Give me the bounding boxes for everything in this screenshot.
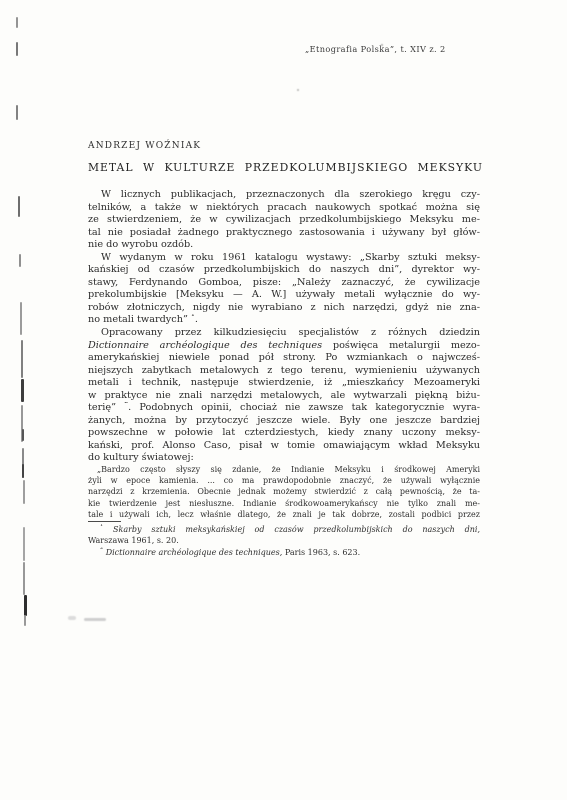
block-quote: „Bardzo często słyszy się zdanie, że Ind… — [88, 464, 480, 520]
text-line: kańskiej od czasów przedkolumbijskich do… — [88, 264, 480, 277]
text-line: powszechne w połowie lat czterdziestych,… — [88, 427, 480, 440]
text-line: terię” 2. Podobnych opinii, chociaż nie … — [88, 402, 480, 415]
article-title: METAL W KULTURZE PRZEDKOLUMBIJSKIEGO MEK… — [88, 161, 480, 174]
scan-mark — [24, 595, 27, 616]
scan-mark — [16, 17, 18, 28]
scan-mark — [20, 302, 22, 335]
text-line: żyli w epoce kamienia. ... co ma prawdop… — [88, 475, 480, 486]
scan-mark — [24, 615, 26, 626]
author-name: ANDRZEJ WOŹNIAK — [88, 141, 201, 151]
scan-mark — [23, 562, 25, 595]
scan-speckle — [297, 89, 299, 91]
text-line: telników, a także w niektórych pracach n… — [88, 202, 480, 215]
scan-mark — [18, 196, 20, 217]
scan-mark — [22, 429, 24, 441]
footnotes: 1 Skarby sztuki meksykańskiej od czasów … — [88, 524, 480, 558]
document-page: „Etnografia Polska”, t. XIV z. 2 ANDRZEJ… — [0, 0, 567, 800]
text-line: robów złotniczych, nigdy nie wyrabiano z… — [88, 302, 480, 315]
text-line: niejszych zabytkach metalowych z tego te… — [88, 365, 480, 378]
text-line: tal nie posiadał żadnego praktycznego za… — [88, 227, 480, 240]
text-line: W licznych publikacjach, przeznaczonych … — [88, 189, 480, 202]
text-line: żanych, można by przytoczyć jeszcze wiel… — [88, 415, 480, 428]
scan-mark — [22, 464, 24, 478]
scan-mark — [19, 254, 21, 267]
scan-mark — [23, 527, 25, 561]
text-line: tale i używali ich, lecz właśnie dlatego… — [88, 509, 480, 520]
scan-mark — [16, 105, 18, 120]
text-line: Opracowany przez kilkudziesięciu specjal… — [88, 327, 480, 340]
text-line: nie do wyrobu ozdób. — [88, 239, 480, 252]
text-line: w praktyce nie znali narzędzi metalowych… — [88, 390, 480, 403]
text-line: Warszawa 1961, s. 20. — [88, 535, 480, 546]
text-line: 1 Skarby sztuki meksykańskiej od czasów … — [88, 524, 480, 535]
text-line: kański, prof. Alonso Caso, pisał w tomie… — [88, 440, 480, 453]
text-line: narzędzi z krzemienia. Obecnie jednak mo… — [88, 486, 480, 497]
text-line: ze stwierdzeniem, że w cywilizacjach prz… — [88, 214, 480, 227]
article-body: W licznych publikacjach, przeznaczonych … — [88, 189, 480, 465]
scan-smudge — [84, 618, 106, 621]
text-line: 2 Dictionnaire archéologique des techniq… — [88, 547, 480, 558]
text-line: stawy, Ferdynando Gomboa, pisze: „Należy… — [88, 277, 480, 290]
scan-mark — [16, 42, 18, 56]
footnote-separator — [88, 521, 121, 522]
scan-smudge — [68, 616, 76, 620]
scan-mark — [21, 379, 24, 402]
journal-header: „Etnografia Polska”, t. XIV z. 2 — [305, 44, 446, 54]
scan-mark — [23, 480, 25, 504]
text-line: W wydanym w roku 1961 katalogu wystawy: … — [88, 252, 480, 265]
text-line: „Bardzo często słyszy się zdanie, że Ind… — [88, 464, 480, 475]
text-line: amerykańskiej niewiele ponad pół strony.… — [88, 352, 480, 365]
text-line: kie twierdzenie jest niesłuszne. Indiani… — [88, 498, 480, 509]
scan-mark — [21, 340, 23, 378]
text-line: no metali twardych” 1. — [88, 314, 480, 327]
text-line: Dictionnaire archéologique des technique… — [88, 340, 480, 353]
text-line: metali i technik, następuje stwierdzenie… — [88, 377, 480, 390]
text-line: prekolumbijskie [Meksyku — A. W.] używał… — [88, 289, 480, 302]
